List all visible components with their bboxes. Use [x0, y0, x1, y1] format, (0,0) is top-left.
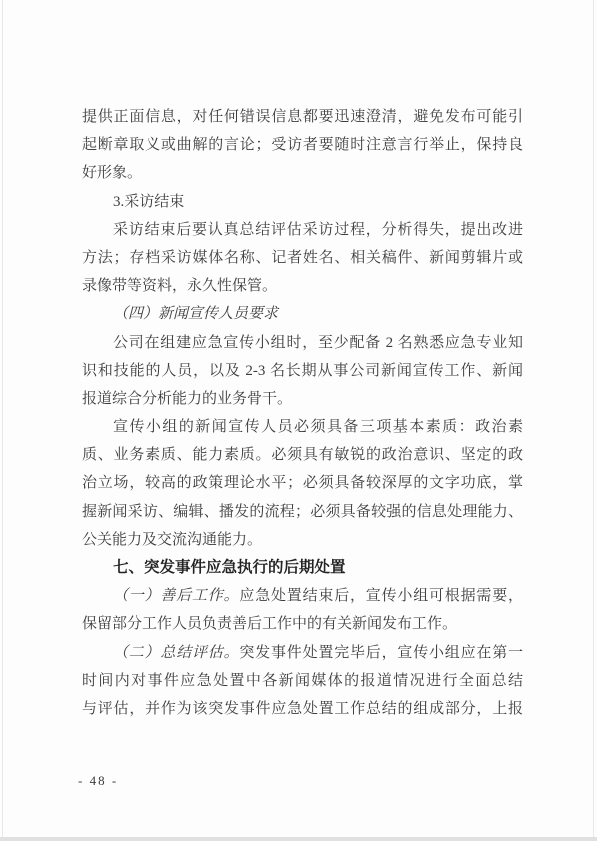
text-segment: 公司在组建应急宣传小组时，至少配备 2 名熟悉应急专业知	[113, 335, 523, 351]
text-segment: 保留部分工作人员负责善后工作中的有关新闻发布工作。	[82, 616, 457, 632]
text-segment: 突发事件处置完毕后，宣传小组应在第一	[239, 645, 523, 661]
text-segment: 应急处置结束后，宣传小组可根据需要，	[239, 588, 523, 604]
text-segment: 3.采访结束	[113, 194, 184, 210]
text-segment: 公关能力及交流沟通能力。	[82, 532, 262, 548]
text-line: （四）新闻宣传人员要求	[82, 300, 523, 328]
text-line: 公司在组建应急宣传小组时，至少配备 2 名熟悉应急专业知	[82, 329, 523, 357]
text-line: 治立场，较高的政策理论水平；必须具备较深厚的文字功底，掌	[82, 469, 523, 497]
document-page: 提供正面信息，对任何错误信息都要迅速澄清，避免发布可能引起断章取义或曲解的言论；…	[0, 0, 597, 841]
text-segment: 采访结束后要认真总结评估采访过程，分析得失，提出改进	[113, 222, 523, 238]
text-line: 采访结束后要认真总结评估采访过程，分析得失，提出改进	[82, 216, 523, 244]
text-line: 握新闻采访、编辑、播发的流程；必须具备较强的信息处理能力、	[82, 498, 523, 526]
text-line: 识和技能的人员，以及 2-3 名长期从事公司新闻宣传工作、新闻	[82, 357, 523, 385]
text-line: 报道综合分析能力的业务骨干。	[82, 385, 523, 413]
text-segment: 七、突发事件应急执行的后期处置	[113, 559, 346, 576]
page-number: - 48 -	[78, 773, 118, 789]
text-line: 质、业务素质、能力素质。必须具有敏锐的政治意识、坚定的政	[82, 441, 523, 469]
text-line: 录像带等资料，永久性保管。	[82, 272, 523, 300]
text-segment: （四）新闻宣传人员要求	[113, 306, 278, 322]
text-line: 时间内对事件应急处置中各新闻媒体的报道情况进行全面总结	[82, 667, 523, 695]
text-line: （一）善后工作。应急处置结束后，宣传小组可根据需要，	[82, 582, 523, 610]
text-segment: 方法；存档采访媒体名称、记者姓名、相关稿件、新闻剪辑片或	[82, 250, 523, 266]
text-line: （二）总结评估。突发事件处置完毕后，宣传小组应在第一	[82, 639, 523, 667]
text-segment: 与评估，并作为该突发事件应急处置工作总结的组成部分，上报	[82, 701, 523, 717]
page-edge-left	[2, 0, 3, 841]
page-edge-right	[593, 0, 594, 841]
text-segment: 录像带等资料，永久性保管。	[82, 278, 277, 294]
text-line: 与评估，并作为该突发事件应急处置工作总结的组成部分，上报	[82, 695, 523, 723]
text-line: 好形象。	[82, 159, 523, 187]
text-segment: 提供正面信息，对任何错误信息都要迅速澄清，避免发布可能引	[82, 109, 523, 125]
text-segment: 识和技能的人员，以及 2-3 名长期从事公司新闻宣传工作、新闻	[82, 363, 523, 379]
page-edge-bottom	[0, 837, 597, 841]
text-line: 公关能力及交流沟通能力。	[82, 526, 523, 554]
text-segment: （一）善后工作。	[113, 588, 239, 604]
text-segment: 治立场，较高的政策理论水平；必须具备较深厚的文字功底，掌	[82, 475, 523, 491]
text-line: 方法；存档采访媒体名称、记者姓名、相关稿件、新闻剪辑片或	[82, 244, 523, 272]
text-segment: 时间内对事件应急处置中各新闻媒体的报道情况进行全面总结	[82, 673, 523, 689]
text-line: 3.采访结束	[82, 188, 523, 216]
text-line: 提供正面信息，对任何错误信息都要迅速澄清，避免发布可能引	[82, 103, 523, 131]
text-segment: 起断章取义或曲解的言论；受访者要随时注意言行举止，保持良	[82, 137, 523, 153]
text-segment: 质、业务素质、能力素质。必须具有敏锐的政治意识、坚定的政	[82, 447, 523, 463]
text-segment: 报道综合分析能力的业务骨干。	[82, 391, 292, 407]
text-segment: 好形象。	[82, 165, 142, 181]
text-line: 起断章取义或曲解的言论；受访者要随时注意言行举止，保持良	[82, 131, 523, 159]
text-segment: （二）总结评估。	[113, 645, 239, 661]
text-segment: 宣传小组的新闻宣传人员必须具备三项基本素质：政治素	[113, 419, 523, 435]
text-block: 提供正面信息，对任何错误信息都要迅速澄清，避免发布可能引起断章取义或曲解的言论；…	[82, 103, 523, 723]
text-segment: 握新闻采访、编辑、播发的流程；必须具备较强的信息处理能力、	[82, 504, 523, 520]
text-line: 宣传小组的新闻宣传人员必须具备三项基本素质：政治素	[82, 413, 523, 441]
text-line: 保留部分工作人员负责善后工作中的有关新闻发布工作。	[82, 610, 523, 638]
text-line: 七、突发事件应急执行的后期处置	[82, 554, 523, 582]
